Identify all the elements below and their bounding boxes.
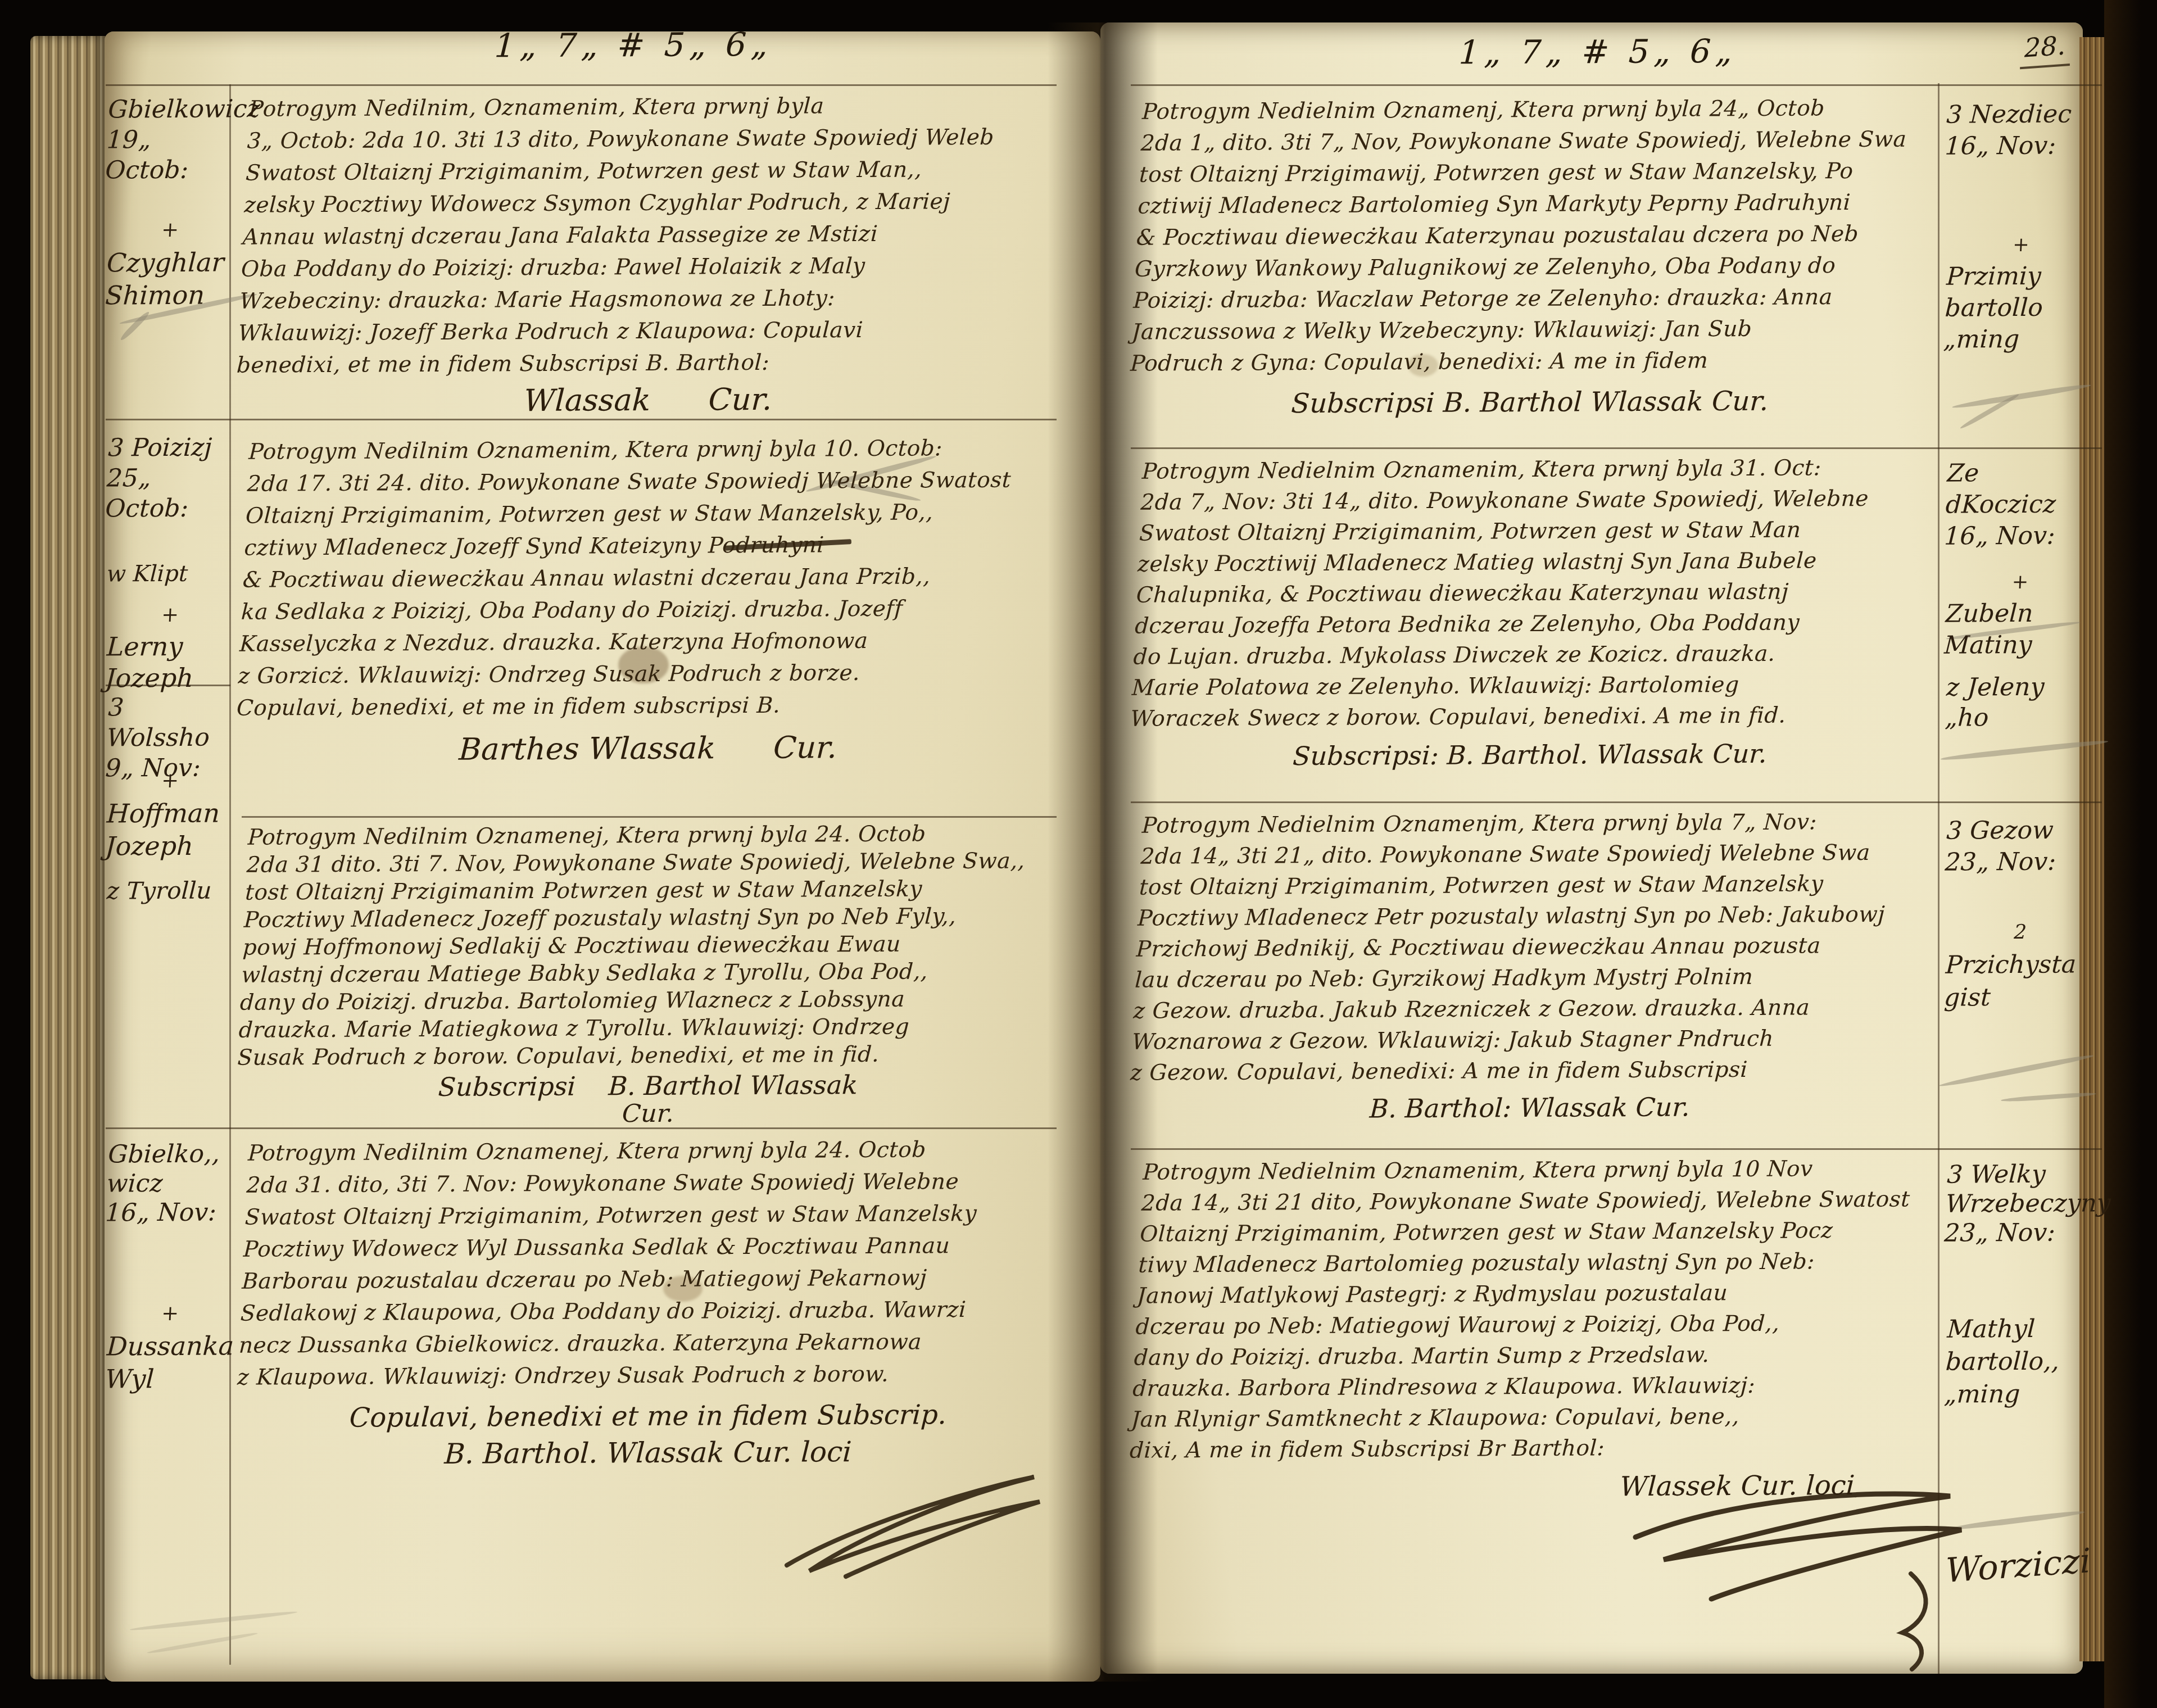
entry-signature: Subscripsi: B. Barthol. Wlassak Cur. (1136, 737, 1924, 772)
margin-line: 2 (1946, 916, 2094, 949)
entry-line: dany do Poizizj. druzba. Martin Sump z P… (1134, 1338, 1922, 1373)
entry-line: Gyrzkowy Wankowy Palugnikowj ze Zelenyho… (1134, 250, 1923, 285)
year-header-right: 1„ 7„ # 5„ 6„ (1458, 32, 1737, 72)
entry-text-block: Potrogym Nedilnim Oznamenej, Ktera prwnj… (237, 1133, 1059, 1394)
entry-line: drauzka. Barbora Plindresowa z Klaupowa.… (1132, 1369, 1920, 1404)
entry-line: Potrogym Nedielnim Oznamenim, Ktera prwn… (1142, 1153, 1931, 1188)
ink-flourish (776, 1461, 1057, 1596)
entry-line: Marie Polatowa ze Zelenyho. Wklauwizj: B… (1131, 668, 1920, 703)
entry-line: benedixi, et me in fidem Subscripsi B. B… (236, 345, 1048, 382)
entry-line: Janowj Matlykowj Pastegrj: z Rydmyslau p… (1136, 1276, 1925, 1311)
entry-signature: Wlassak Cur. (242, 380, 1054, 420)
margin-place-date: 3 WelkyWrzebeczyny23„ Nov: (1943, 1159, 2093, 1248)
margin-line: + (1947, 229, 2095, 261)
entry-line: dixi, A me in fidem Subscripsi Br Bartho… (1129, 1431, 1918, 1466)
margin-note: z Tyrollu (106, 876, 231, 905)
entry-line: 2da 17. 3ti 24. dito. Powykonane Swate S… (247, 464, 1059, 500)
margin-note: w Klipt (106, 559, 231, 588)
ink-flourish (1619, 1484, 1990, 1686)
entry-line: Potrogym Nedielnim Oznamenim, Ktera prwn… (1141, 452, 1930, 487)
margin-line: + (1946, 566, 2094, 598)
margin-place-date: 3 Gezow23„ Nov: (1944, 814, 2093, 878)
entry-line: Oba Poddany do Poizizj: druzba: Pawel Ho… (241, 249, 1053, 286)
margin-line: 19„ Octob: (105, 124, 231, 185)
entry-line: cztiwy Mladenecz Jozeff Synd Kateizyny P… (243, 528, 1055, 564)
entry-line: Annau wlastnj dczerau Jana Falakta Passe… (242, 217, 1054, 253)
margin-name: +Przimiybartollo„ming (1943, 229, 2095, 355)
entry-text-block: Potrogym Nedielnim Oznamenim, Ktera prwn… (1129, 1153, 1931, 1466)
entry-line: z Klaupowa. Wklauwizj: Ondrzey Susak Pod… (237, 1357, 1049, 1394)
margin-line: Lerny (106, 630, 232, 662)
entry-text-block: Potrogym Nedielnim Oznamenjm, Ktera prwn… (1130, 806, 1930, 1088)
margin-line: Gbielkowicz (107, 94, 233, 125)
margin-line: + (107, 764, 233, 797)
entry-line: 2da 31. dito, 3ti 7. Nov: Powykonane Swa… (246, 1165, 1058, 1202)
entry-line: lau dczerau po Neb: Gyrzikowj Hadkym Mys… (1134, 961, 1923, 995)
entry-line: dczerau po Neb: Matiegowj Waurowj z Poiz… (1135, 1307, 1923, 1342)
margin-line: 23„ Nov: (1944, 846, 2092, 878)
entry-line: z Gezow. Copulavi, benedixi: A me in fid… (1130, 1053, 1918, 1088)
margin-line: + (107, 1297, 233, 1330)
margin-place-date: Gbielko,,wicz16„ Nov: (105, 1139, 232, 1227)
entry-line: zelsky Pocztiwy Wdowecz Ssymon Czyghlar … (243, 185, 1055, 221)
page-number: 28. (2020, 30, 2070, 69)
entry-line: Sedlakowj z Klaupowa, Oba Poddany do Poi… (239, 1293, 1052, 1330)
entry-line: Wklauwizj: Jozeff Berka Podruch z Klaupo… (237, 313, 1049, 350)
entry-text-block: Potrogym Nedielnim Oznamenj, Ktera prwnj… (1130, 92, 1930, 379)
entry-line: dany do Poizizj. druzba. Bartolomieg Wla… (239, 985, 1052, 1017)
margin-line: Hoffman (106, 796, 232, 830)
entry-line: tiwy Mladenecz Bartolomieg pozustaly wla… (1138, 1245, 1926, 1280)
margin-line: 3 Poizizj (107, 432, 233, 463)
margin-line: 23„ Nov: (1943, 1218, 2091, 1248)
entry-line: Potrogym Nedielnim Oznamenj, Ktera prwnj… (1141, 92, 1930, 128)
entry-line: Przichowj Bednikij, & Pocztiwau diewecżk… (1136, 930, 1924, 964)
margin-line: 3 Gezow (1946, 814, 2093, 846)
entry-line: do Lujan. druzba. Mykolass Diwczek ze Ko… (1132, 637, 1921, 672)
entry-signature: Wlassek Cur. loci (1135, 1469, 1924, 1505)
margin-line: Przimiy (1946, 260, 2093, 292)
margin-name: 2Przichystagist (1943, 916, 2094, 1014)
margin-line: bartollo,, (1945, 1345, 2093, 1378)
entry-line: Susak Podruch z borow. Copulavi, benedix… (237, 1040, 1049, 1072)
margin-line: + (107, 213, 233, 246)
entry-line: cztiwij Mladenecz Bartolomieg Syn Markyt… (1137, 187, 1925, 222)
entry-line: Oltaiznj Przigimanim, Potwrzen gest w St… (1139, 1215, 1928, 1249)
entry-line: drauzka. Marie Matiegkowa z Tyrollu. Wkl… (238, 1012, 1050, 1044)
entry-line: Swatost Oltaiznj Przigimanim, Potwrzen g… (245, 153, 1057, 189)
margin-line: 16„ Nov: (1943, 520, 2091, 552)
margin-note: z Jeleny„ho (1944, 672, 2093, 733)
margin-line: z Tyrollu (106, 876, 231, 905)
entry-line: Potrogym Nedilnim Oznamenej, Ktera prwnj… (247, 1133, 1059, 1170)
entry-line: Woraczek Swecz z borow. Copulavi, benedi… (1130, 699, 1918, 734)
entry-line: Barborau pozustalau dczerau po Neb: Mati… (241, 1261, 1053, 1298)
entry-line: Swatost Oltaiznj Przigimanim, Potwrzen g… (244, 1197, 1057, 1234)
entry-signature: Barthes Wlassak Cur. (242, 728, 1054, 768)
entry-line: Potrogym Nedilnim Oznamenej, Ktera prwnj… (247, 819, 1059, 851)
margin-line: Jozeph (105, 662, 230, 694)
ruled-line (1131, 84, 2102, 86)
margin-name: +DussankaWyl (105, 1297, 233, 1395)
margin-line: 16„ Nov: (105, 1198, 230, 1227)
entry-text-block: Potrogym Nedilnim, Oznamenim, Ktera prwn… (236, 89, 1061, 382)
margin-line: Jozeph (105, 829, 230, 862)
margin-line: Czyghlar (106, 246, 232, 279)
margin-line: „ming (1943, 323, 2091, 355)
entry-line: dczerau Jozeffa Petora Bednika ze Zeleny… (1134, 606, 1923, 641)
entry-line: tost Oltaiznj Przigimanim, Potwrzen gest… (1139, 868, 1927, 903)
column-rule (229, 84, 231, 1665)
entry-line: tost Oltaiznj Przigimanim Potwrzen gest … (244, 875, 1057, 907)
margin-line: Wyl (105, 1362, 230, 1395)
entry-line: & Pocztiwau diewecżkau Katerzynau pozust… (1135, 218, 1924, 253)
entry-line: powj Hoffmonowj Sedlakij & Pocztiwau die… (242, 930, 1054, 962)
margin-place-date: 3 Poizizj25„ Octob: (105, 432, 233, 524)
entry-signature: B. Barthol: Wlassak Cur. (1136, 1090, 1924, 1125)
entry-line: z Gezow. druzba. Jakub Rzezniczek z Gezo… (1132, 991, 1921, 1026)
margin-name: +HoffmanJozeph (105, 764, 233, 862)
margin-line: z Jeleny (1946, 672, 2093, 703)
margin-line: Matiny (1943, 629, 2091, 661)
entry-line: 2da 14„ 3ti 21„ dito. Powykonane Swate S… (1140, 837, 1928, 872)
entry-line: Oltaiznj Przigimanim, Potwrzen gest w St… (245, 496, 1057, 532)
entry-line: 2da 14„ 3ti 21 dito, Powykonane Swate Sp… (1141, 1184, 1929, 1218)
margin-line: Przichysta (1945, 948, 2093, 981)
margin-line: bartollo (1944, 292, 2092, 324)
margin-line: „ho (1944, 702, 2092, 733)
entry-line: Potrogym Nedilnim Oznamenim, Ktera prwnj… (248, 432, 1060, 468)
ruled-line (106, 84, 1057, 86)
entry-line: 3„ Octob: 2da 10. 3ti 13 dito, Powykonan… (247, 121, 1059, 157)
margin-line: Gbielko,, (107, 1139, 233, 1169)
book-cover-edge (2104, 0, 2157, 1708)
margin-line: + (107, 599, 233, 631)
entry-line: Poizizj: druzba: Waczlaw Petorge ze Zele… (1132, 281, 1921, 316)
entry-line: 2da 1„ dito. 3ti 7„ Nov, Powykonane Swat… (1140, 124, 1928, 159)
book-spine-page-stack (30, 36, 106, 1679)
margin-place-date: Ze dKoczicz16„ Nov: (1943, 457, 2094, 552)
entry-line: tost Oltaiznj Przigimawij, Potwrzen gest… (1139, 155, 1927, 191)
margin-line: Mathyl (1946, 1312, 2094, 1345)
margin-place-date: Gbielkowicz19„ Octob: (105, 94, 233, 185)
margin-line: Wrzebeczyny (1945, 1189, 2093, 1218)
margin-name: +LernyJozeph (105, 599, 233, 694)
entry-line: Kasselyczka z Nezduz. drauzka. Katerzyna… (239, 624, 1051, 660)
entry-line: necz Dussanka Gbielkowicz. drauzka. Kate… (238, 1325, 1050, 1362)
entry-line: ka Sedlaka z Poizizj, Oba Podany do Poiz… (241, 592, 1053, 628)
entry-line: Chalupnika, & Pocztiwau diewecżkau Kater… (1136, 576, 1924, 610)
entry-line: z Gorzicż. Wklauwizj: Ondrzeg Susak Podr… (237, 656, 1049, 692)
ruled-line (1131, 801, 2102, 803)
margin-line: 3 Wolssho (106, 692, 233, 753)
entry-signature: Subscripsi B. Barthol Wlassak Cur. (1135, 384, 1924, 420)
margin-line: Shimon (105, 278, 230, 311)
margin-name: +ZubelnMatiny (1943, 566, 2094, 661)
ruled-line (1131, 447, 2102, 449)
entry-line: wlastnj dczerau Matiege Babky Sedlaka z … (241, 957, 1053, 989)
margin-line: 25„ Octob: (105, 463, 231, 524)
year-header-left: 1„ 7„ # 5„ 6„ (493, 25, 773, 65)
entry-line: Janczussowa z Welky Wzebeczyny: Wklauwiz… (1131, 312, 1920, 348)
margin-line: 3 Nezdiec (1946, 98, 2093, 130)
column-rule (1938, 83, 1940, 1674)
entry-signature: Copulavi, benedixi et me in fidem Subscr… (242, 1398, 1054, 1434)
entry-line: Pocztiwy Mladenecz Petr pozustaly wlastn… (1137, 899, 1925, 934)
entry-line: Wzebecziny: drauzka: Marie Hagsmonowa ze… (239, 281, 1051, 318)
margin-name: +CzyghlarShimon (105, 213, 233, 311)
entry-signature: Cur. (242, 1097, 1054, 1130)
margin-line: gist (1943, 981, 2091, 1014)
margin-line: wicz (106, 1168, 232, 1198)
entry-line: & Pocztiwau diewecżkau Annau wlastni dcz… (242, 560, 1054, 596)
entry-line: Copulavi, benedixi, et me in fidem subsc… (236, 688, 1048, 724)
margin-place-date: 3 Nezdiec16„ Nov: (1944, 98, 2093, 162)
ruled-line (1131, 1148, 2102, 1150)
margin-name: Mathylbartollo,,„ming (1943, 1312, 2094, 1411)
entry-text-block: Potrogym Nedilnim Oznamenej, Ktera prwnj… (237, 819, 1059, 1072)
entry-line: Woznarowa z Gezow. Wklauwizj: Jakub Stag… (1131, 1022, 1920, 1057)
margin-line: 16„ Nov: (1944, 130, 2092, 162)
margin-line: Ze dKoczicz (1945, 457, 2094, 520)
margin-line: 3 Welky (1946, 1159, 2094, 1189)
margin-line: w Klipt (106, 559, 231, 588)
entry-line: Podruch z Gyna: Copulavi, benedixi: A me… (1130, 344, 1918, 379)
entry-line: Potrogym Nedilnim, Oznamenim, Ktera prwn… (248, 89, 1060, 125)
manuscript-book-photo: 1„ 7„ # 5„ 6„ 1„ 7„ # 5„ 6„ 28. Potrogym… (0, 0, 2157, 1708)
entry-line: zelsky Pocztiwij Mladenecz Matieg wlastn… (1137, 545, 1925, 579)
entry-text-block: Potrogym Nedielnim Oznamenim, Ktera prwn… (1130, 452, 1930, 734)
entry-line: Jan Rlynigr Samtknecht z Klaupowa: Copul… (1130, 1400, 1919, 1435)
entry-text-block: Potrogym Nedilnim Oznamenim, Ktera prwnj… (236, 432, 1061, 724)
margin-line: „ming (1943, 1378, 2091, 1411)
entry-line: 2da 31 dito. 3ti 7. Nov, Powykonane Swat… (246, 847, 1058, 879)
entry-line: Pocztiwy Wdowecz Wyl Dussanka Sedlak & P… (243, 1229, 1055, 1266)
entry-signature: B. Barthol. Wlassak Cur. loci (242, 1434, 1054, 1471)
entry-line: 2da 7„ Nov: 3ti 14„ dito. Powykonane Swa… (1140, 483, 1928, 518)
entry-line: Pocztiwy Mladenecz Jozeff pozustaly wlas… (243, 902, 1055, 934)
entry-line: Swatost Oltaiznj Przigimanim, Potwrzen g… (1139, 514, 1927, 549)
margin-line: Dussanka (106, 1329, 232, 1362)
margin-line: Zubeln (1945, 597, 2093, 629)
ruled-line (242, 816, 1057, 818)
entry-line: Potrogym Nedielnim Oznamenjm, Ktera prwn… (1141, 806, 1930, 841)
